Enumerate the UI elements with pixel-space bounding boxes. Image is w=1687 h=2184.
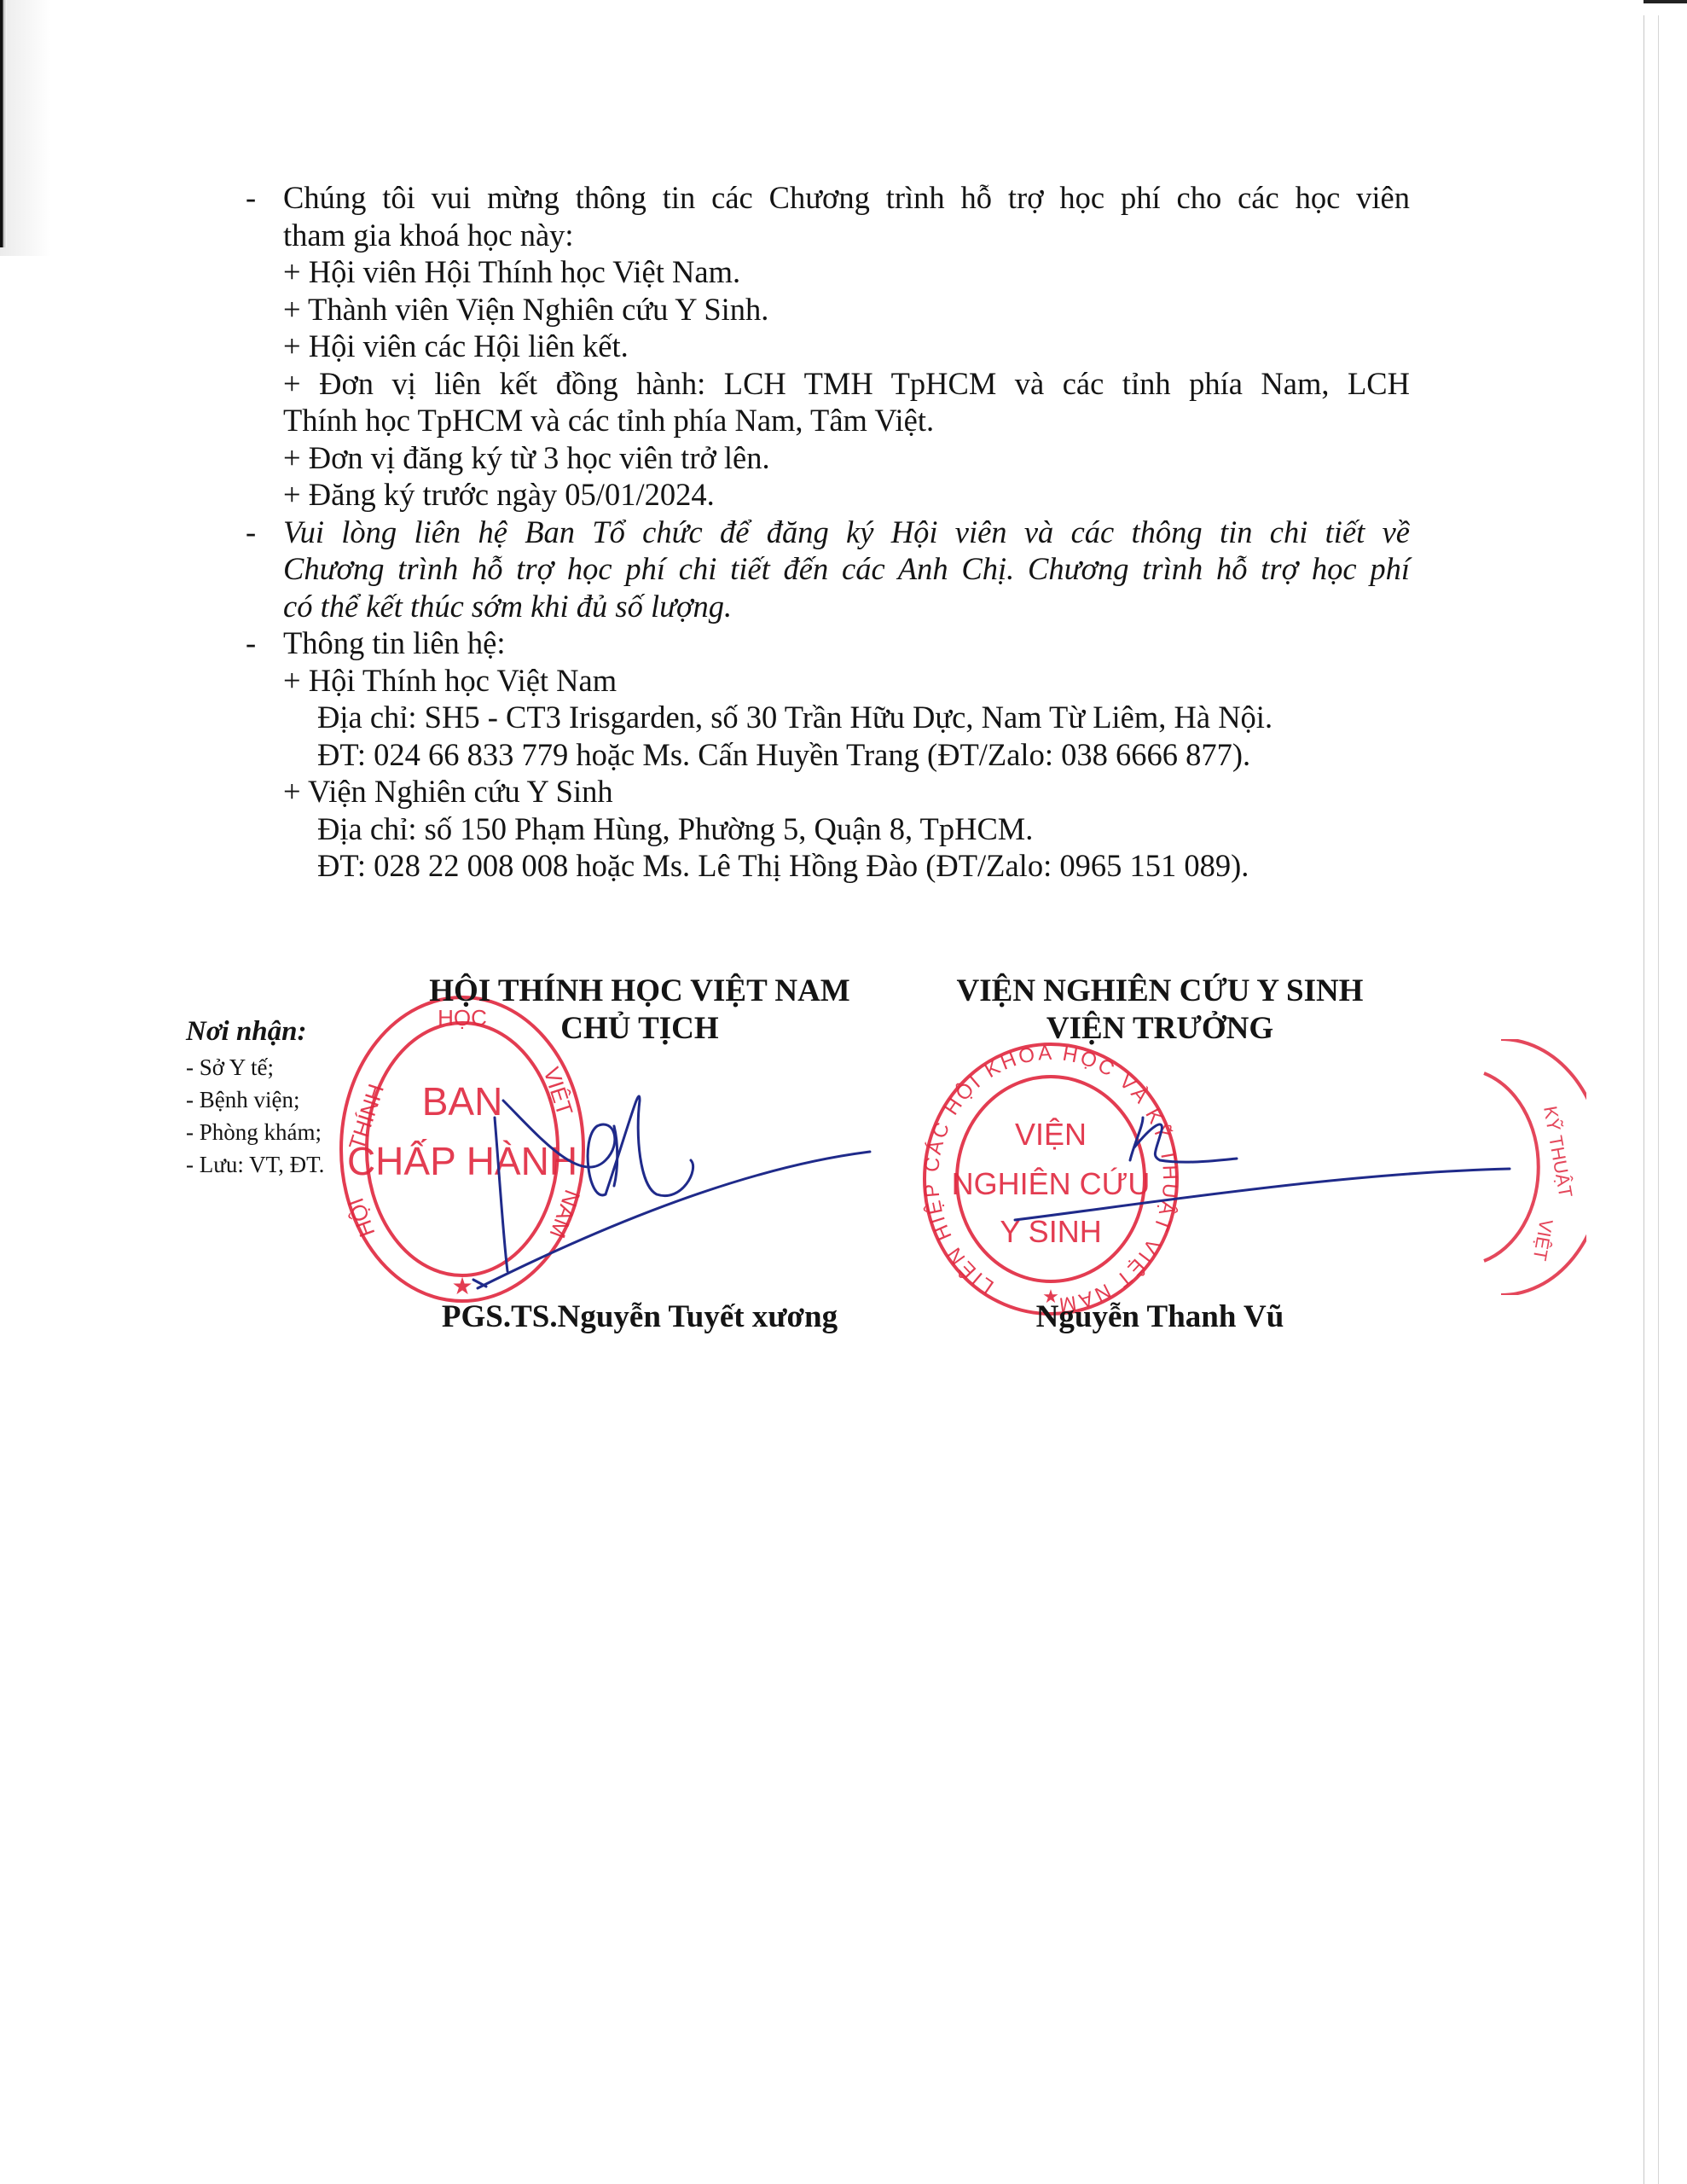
svg-text:VIỆT: VIỆT (1529, 1217, 1557, 1263)
note-section: - Vui lòng liên hệ Ban Tổ chức để đăng k… (246, 514, 1410, 625)
stamp-left-center: BAN (422, 1079, 503, 1124)
stamp-right-center: Y SINH (1000, 1214, 1101, 1249)
contact-section: - Thông tin liên hệ: (246, 624, 1410, 662)
dash-bullet: - (246, 514, 256, 551)
scan-edge-left (0, 0, 7, 247)
scan-edge-right (1644, 15, 1659, 2184)
support-item: + Thành viên Viện Nghiên cứu Y Sinh. (246, 291, 1410, 328)
support-intro-cont: tham gia khoá học này: (246, 217, 1410, 254)
recipient-item: - Sở Y tế; (186, 1051, 324, 1083)
stamp-right-center: NGHIÊN CỨU (952, 1166, 1151, 1201)
support-item-cont: Thính học TpHCM và các tỉnh phía Nam, Tâ… (246, 402, 1410, 439)
stamp-left-side: VIỆT (538, 1064, 577, 1118)
stamp-right-center: VIỆN (1015, 1117, 1087, 1152)
signature-org: VIỆN NGHIÊN CỨU Y SINH (921, 973, 1399, 1010)
contact-address: Địa chỉ: SH5 - CT3 Irisgarden, số 30 Trầ… (246, 699, 1410, 736)
contact-title: Thông tin liên hệ: (283, 624, 1410, 662)
recipient-item: - Lưu: VT, ĐT. (186, 1148, 324, 1181)
contact-org-name: + Viện Nghiên cứu Y Sinh (246, 773, 1410, 810)
dash-bullet: - (246, 624, 256, 662)
note-line: Vui lòng liên hệ Ban Tổ chức để đăng ký … (283, 514, 1410, 551)
contact-address: Địa chỉ: số 150 Phạm Hùng, Phường 5, Quậ… (246, 810, 1410, 848)
support-item: + Đơn vị liên kết đồng hành: LCH TMH TpH… (283, 365, 1410, 403)
note-line: Chương trình hỗ trợ học phí chi tiết đến… (283, 550, 1410, 588)
recipient-item: - Bệnh viện; (186, 1083, 324, 1116)
contact-phone: ĐT: 028 22 008 008 hoặc Ms. Lê Thị Hồng … (246, 847, 1410, 885)
signature-role: VIỆN TRƯỞNG (921, 1010, 1399, 1048)
support-item: + Hội viên các Hội liên kết. (246, 328, 1410, 365)
stamp-partial-right: KỸ THUẬT VIỆT (1467, 1039, 1586, 1295)
recipient-item: - Phòng khám; (186, 1116, 324, 1148)
note-line: có thể kết thúc sớm khi đủ số lượng. (283, 588, 1410, 625)
signer-name-right: Nguyễn Thanh Vũ (964, 1298, 1356, 1335)
support-item: + Đơn vị đăng ký từ 3 học viên trở lên. (246, 439, 1410, 477)
support-item: + Hội viên Hội Thính học Việt Nam. (246, 253, 1410, 291)
support-section: - Chúng tôi vui mừng thông tin các Chươn… (246, 179, 1410, 217)
support-intro: Chúng tôi vui mừng thông tin các Chương … (283, 179, 1410, 217)
stamp-right: LIÊN HIỆP CÁC HỘI KHOA HỌC VÀ KỸ THUẬT V… (923, 1043, 1179, 1316)
signature-block-right: VIỆN NGHIÊN CỨU Y SINH VIỆN TRƯỞNG (921, 973, 1399, 1048)
scan-edge-top (1644, 0, 1687, 3)
contact-org-name: + Hội Thính học Việt Nam (246, 662, 1410, 700)
signature-block-left: HỘI THÍNH HỌC VIỆT NAM CHỦ TỊCH (392, 973, 887, 1048)
signature-role: CHỦ TỊCH (392, 1010, 887, 1048)
star-icon: ★ (451, 1273, 472, 1299)
signer-name-left: PGS.TS.Nguyễn Tuyết xương (392, 1298, 887, 1335)
recipients-title: Nơi nhận: (186, 1012, 324, 1051)
scan-shadow (0, 0, 51, 256)
support-item: + Đăng ký trước ngày 05/01/2024. (246, 476, 1410, 514)
stamp-left-center: CHẤP HÀNH (347, 1139, 577, 1183)
dash-bullet: - (246, 179, 256, 217)
signature-org: HỘI THÍNH HỌC VIỆT NAM (392, 973, 887, 1010)
contact-phone: ĐT: 024 66 833 779 hoặc Ms. Cấn Huyền Tr… (246, 736, 1410, 774)
svg-text:KỸ THUẬT: KỸ THUẬT (1539, 1105, 1576, 1199)
document-body: - Chúng tôi vui mừng thông tin các Chươn… (246, 179, 1410, 885)
recipients-block: Nơi nhận: - Sở Y tế; - Bệnh viện; - Phòn… (186, 1012, 324, 1181)
